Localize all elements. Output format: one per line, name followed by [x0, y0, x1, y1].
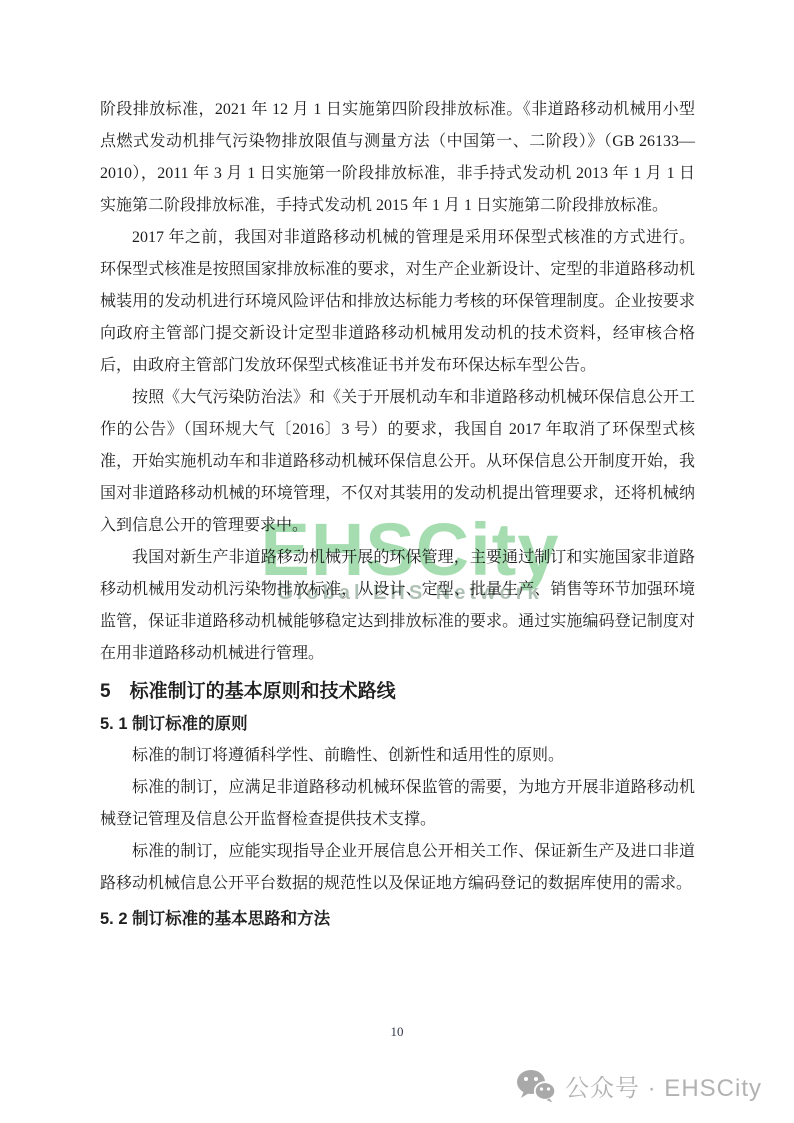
document-body: 阶段排放标准，2021 年 12 月 1 日实施第四阶段排放标准。《非道路移动机…	[0, 0, 794, 931]
document-page: EHSCity Global EHS Network 阶段排放标准，2021 年…	[0, 0, 794, 1123]
wechat-footer: 公众号 · EHSCity	[516, 1068, 762, 1103]
paragraph-regulatory-needs: 标准的制订，应满足非道路移动机械环保监管的需要，为地方开展非道路移动机械登记管理…	[100, 772, 695, 836]
subsection-heading-5-2: 5. 2 制订标准的基本思路和方法	[100, 907, 695, 931]
paragraph-platform-data: 标准的制订，应能实现指导企业开展信息公开相关工作、保证新生产及进口非道路移动机械…	[100, 836, 695, 900]
wechat-icon	[516, 1069, 556, 1103]
wechat-account-label: 公众号 · EHSCity	[565, 1068, 762, 1103]
paragraph-pre-2017-type-approval: 2017 年之前，我国对非道路移动机械的管理是采用环保型式核准的方式进行。环保型…	[100, 222, 695, 382]
paragraph-emission-stages: 阶段排放标准，2021 年 12 月 1 日实施第四阶段排放标准。《非道路移动机…	[100, 94, 695, 222]
paragraph-principles: 标准的制订将遵循科学性、前瞻性、创新性和适用性的原则。	[100, 740, 695, 772]
subsection-heading-5-1: 5. 1 制订标准的原则	[100, 712, 695, 736]
paragraph-new-machinery-management: 我国对新生产非道路移动机械开展的环保管理，主要通过制订和实施国家非道路移动机械用…	[100, 542, 695, 670]
paragraph-info-disclosure-policy: 按照《大气污染防治法》和《关于开展机动车和非道路移动机械环保信息公开工作的公告》…	[100, 382, 695, 542]
page-number: 10	[0, 1024, 794, 1040]
section-heading-5: 5 标准制订的基本原则和技术路线	[100, 679, 695, 705]
